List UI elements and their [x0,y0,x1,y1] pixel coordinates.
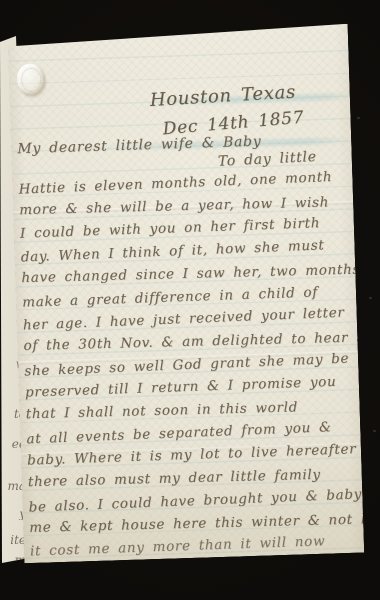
letter-body-line: there also must my dear little family [28,468,321,491]
letter-body-line: preserved till I return & I promise you [25,375,337,401]
letter-place: Houston Texas [149,83,296,112]
letter-page: Houston Texas Dec 14th 1857 My dearest l… [8,24,364,563]
letter-opening-phrase: To day little [217,149,317,170]
letter-body-line: day. When I think of it, how she must [21,238,325,266]
letter-body-line: her age. I have just received your lette… [23,306,345,334]
letter-body-line: me & kept house here this winter & not h… [29,511,380,536]
dust-speck [369,297,372,299]
margin-handwriting-fragment: ite [0,534,26,546]
letter-body-line: have changed since I saw her, two months [21,262,360,286]
letter-body-line: more & she will be a year, how I wish [19,195,329,218]
embossed-seal-icon [17,63,46,96]
letter-body-line: that I shall not soon in this world [26,400,299,422]
dust-speck [373,430,376,432]
letter-body-line: baby. Where it is my lot to live hereaft… [27,443,357,470]
margin-handwriting-fragment: y [0,508,26,520]
letter-scan: j ~ o m y d n w to ee ma y ite m Houston… [0,0,380,600]
margin-handwriting-fragment: m [0,554,26,566]
letter-body-line: it cost me any more than it will now [30,534,326,560]
letter-body-line: Hattie is eleven months old, one month [18,170,332,198]
dust-speck [357,117,360,119]
